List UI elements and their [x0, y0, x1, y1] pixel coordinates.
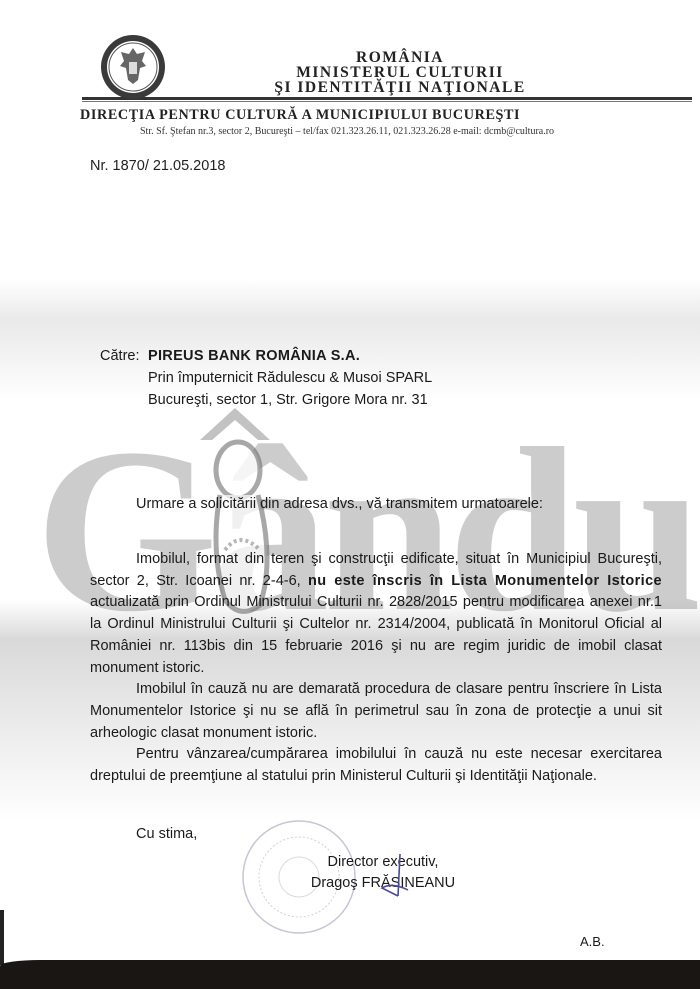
letter-body: Imobilul, format din teren şi construcţi… — [90, 549, 662, 788]
directorate-name: DIRECŢIA PENTRU CULTURĂ A MUNICIPIULUI B… — [80, 107, 700, 124]
ministry-name-2: ŞI IDENTITĂŢII NAŢIONALE — [185, 80, 615, 95]
handwritten-signature-icon — [378, 852, 418, 902]
scan-bottom-border — [0, 960, 700, 989]
author-initials: A.B. — [580, 934, 605, 949]
recipient-name: PIREUS BANK ROMÂNIA S.A. — [148, 348, 360, 364]
paragraph-1-emphasis: nu este înscris în Lista Monumentelor Is… — [308, 573, 662, 589]
recipient-address: Bucureşti, sector 1, Str. Grigore Mora n… — [100, 389, 432, 411]
paragraph-1-end: actualizată prin Ordinul Ministrului Cul… — [90, 594, 662, 675]
recipient-block: Către:PIREUS BANK ROMÂNIA S.A. Prin împu… — [100, 345, 432, 411]
paragraph-2: Imobilul în cauză nu are demarată proced… — [90, 679, 662, 744]
header-divider-thin — [82, 101, 692, 102]
header-divider — [82, 97, 692, 100]
paragraph-1: Imobilul, format din teren şi construcţi… — [90, 549, 662, 679]
ministry-seal-icon — [100, 34, 166, 100]
contact-line: Str. Sf. Ştefan nr.3, sector 2, Bucureşt… — [140, 126, 700, 137]
paragraph-3: Pentru vânzarea/cumpărarea imobilului în… — [90, 744, 662, 787]
recipient-label: Către: — [100, 345, 148, 367]
recipient-agent: Prin împuternicit Rădulescu & Musoi SPAR… — [100, 367, 432, 389]
scan-edge — [0, 910, 4, 965]
closing-salutation: Cu stima, — [136, 826, 197, 842]
registration-number: Nr. 1870/ 21.05.2018 — [90, 158, 225, 174]
ministry-name: MINISTERUL CULTURII — [185, 65, 615, 80]
ministry-heading: ROMÂNIA MINISTERUL CULTURII ŞI IDENTITĂŢ… — [185, 50, 615, 95]
country-name: ROMÂNIA — [185, 50, 615, 65]
intro-sentence: Urmare a solicitării din adresa dvs., vă… — [136, 496, 543, 512]
